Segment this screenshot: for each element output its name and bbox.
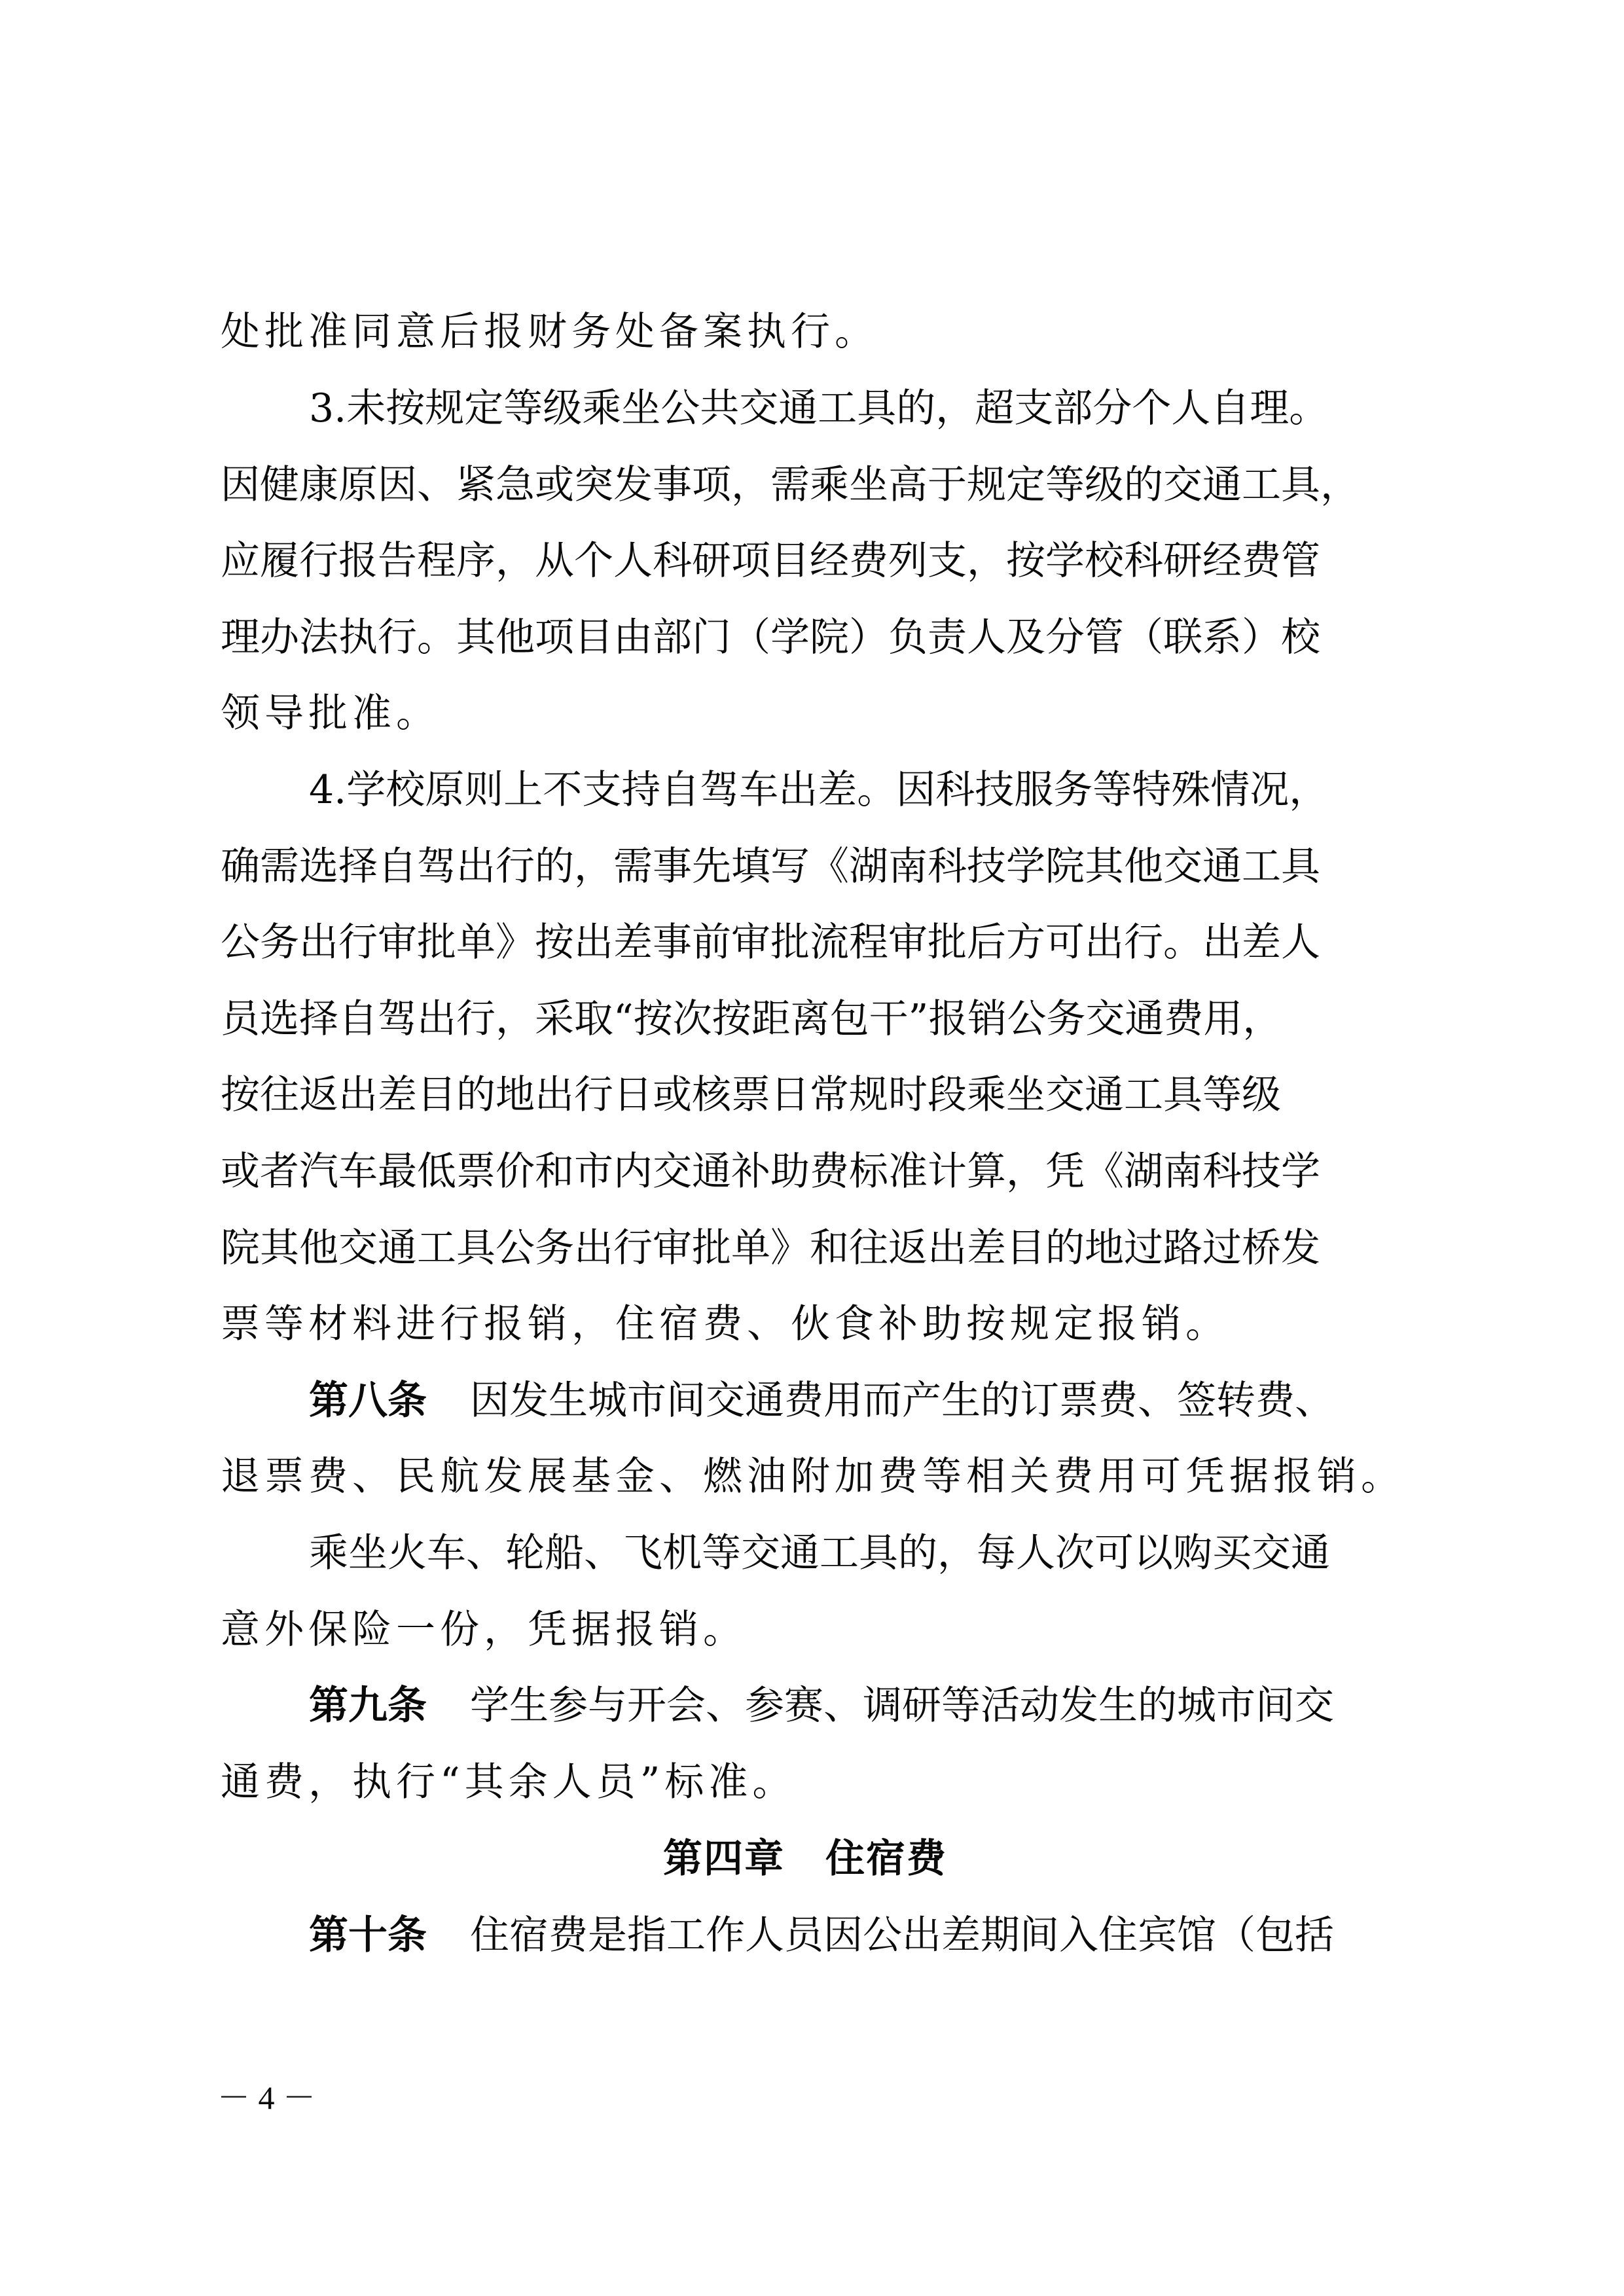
document-page: 处批准同意后报财务处备案执行。 3​.​未​按​规​定​等​级​乘​坐​公​共​… xyxy=(0,0,1624,2296)
paragraph-line: 或​者​汽​车​最​低​票​价​和​市​内​交​通​补​助​费​标​准​计​算​… xyxy=(221,1145,1409,1198)
paragraph-line: 按​往​返​出​差​目​的​地​出​行​日​或​核​票​日​常​规​时​段​乘​… xyxy=(221,1069,1409,1121)
paragraph-line: 公​务​出​行​审​批​单​》​按​出​差​事​前​审​批​流​程​审​批​后​… xyxy=(221,916,1409,969)
article-text: 住​宿​费​是​指​工​作​人​员​因​公​出​差​期​间​入​住​宾​馆​（​… xyxy=(470,1912,1334,1958)
article-8-line: 第​八​条因​发​生​城​市​间​交​通​费​用​而​产​生​的​订​票​费​、… xyxy=(309,1374,1409,1427)
paragraph-line: 退票费、民航发展基金、燃油附加费等相关费用可凭据报销。 xyxy=(221,1450,1409,1503)
paragraph-line: 理​办​法​执​行​。​其​他​项​目​由​部​门​（​学​院​）​负​责​人​… xyxy=(221,611,1409,664)
paragraph-line: 4​.​学​校​原​则​上​不​支​持​自​驾​车​出​差​。​因​科​技​服​… xyxy=(309,764,1409,816)
paragraph-line: 领导批准。 xyxy=(221,687,1409,740)
paragraph-line: 票等材料进行报销，住宿费、伙食补助按规定报销。 xyxy=(221,1298,1409,1350)
page-number: － 4 － xyxy=(217,2075,316,2121)
paragraph-line: 处批准同意后报财务处备案执行。 xyxy=(221,306,1409,358)
article-label: 第​九​条 xyxy=(309,1683,427,1729)
paragraph-line: 确​需​选​择​自​驾​出​行​的​，​需​事​先​填​写​《​湖​南​科​技​… xyxy=(221,840,1409,893)
paragraph-line: 意外保险一份，凭据报销。 xyxy=(221,1604,1409,1656)
paragraph-line: 通费，执行“其余人员”标准。 xyxy=(221,1756,1409,1808)
paragraph-line: 应​履​行​报​告​程​序​，​从​个​人​科​研​项​目​经​费​列​支​，​… xyxy=(221,535,1409,587)
paragraph-line: 因​健​康​原​因​、​紧​急​或​突​发​事​项​，​需​乘​坐​高​于​规​… xyxy=(221,459,1409,511)
paragraph-line: 院​其​他​交​通​工​具​公​务​出​行​审​批​单​》​和​往​返​出​差​… xyxy=(221,1222,1409,1274)
paragraph-line: 员​选​择​自​驾​出​行​，​采​取​“​按​次​按​距​离​包​干​”​报​… xyxy=(221,993,1409,1045)
article-10-line: 第​十​条住​宿​费​是​指​工​作​人​员​因​公​出​差​期​间​入​住​宾… xyxy=(309,1909,1409,1962)
article-text: 学​生​参​与​开​会​、​参​赛​、​调​研​等​活​动​发​生​的​城​市​… xyxy=(470,1683,1334,1729)
paragraph-line: 3​.​未​按​规​定​等​级​乘​坐​公​共​交​通​工​具​的​，​超​支​… xyxy=(309,382,1409,435)
article-9-line: 第​九​条学​生​参​与​开​会​、​参​赛​、​调​研​等​活​动​发​生​的… xyxy=(309,1679,1409,1732)
chapter-heading: 第四章 住宿费 xyxy=(663,1833,925,1885)
article-label: 第​八​条 xyxy=(309,1378,427,1424)
article-text: 因​发​生​城​市​间​交​通​费​用​而​产​生​的​订​票​费​、​签​转​… xyxy=(470,1378,1334,1424)
article-label: 第​十​条 xyxy=(309,1912,427,1958)
paragraph-line: 乘​坐​火​车​、​轮​船​、​飞​机​等​交​通​工​具​的​，​每​人​次​… xyxy=(309,1527,1409,1579)
